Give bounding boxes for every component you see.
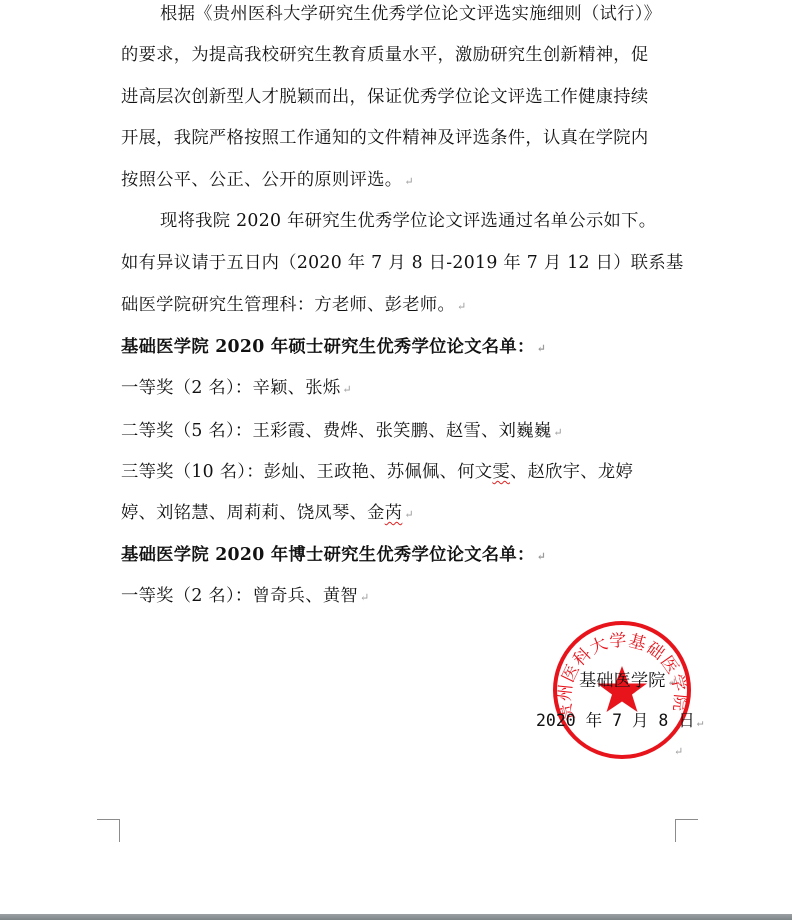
paragraph-1-line-5: 按照公平、公正、公开的原则评选。↵	[121, 168, 681, 194]
paragraph-mark-icon: ↵	[360, 591, 370, 604]
signature-date-text: 2020 年 7 月 8 日	[536, 711, 695, 730]
masters-third-prize-text-b: 、赵欣宇、龙婷	[510, 462, 633, 482]
doctoral-first-prize: 一等奖（2 名）：曾奇兵、黄智↵	[121, 584, 681, 610]
masters-first-prize: 一等奖（2 名）：辛颖、张烁↵	[121, 376, 681, 402]
signature-org-text: 基础医学院	[579, 671, 665, 691]
document-page[interactable]: 根据《贵州医科大学研究生优秀学位论文评选实施细则（试行）》 的要求，为提高我校研…	[0, 0, 792, 914]
paragraph-2-line-3: 础医学院研究生管理科：方老师、彭老师。↵	[121, 293, 681, 319]
masters-second-prize: 二等奖（5 名）：王彩霞、费烨、张笑鹏、赵雪、刘巍巍↵	[121, 419, 681, 445]
masters-third-prize-text-c: 婷、刘铭慧、周莉莉、饶凤琴、金	[121, 503, 385, 523]
doctoral-first-prize-text: 一等奖（2 名）：曾奇兵、黄智	[121, 586, 358, 606]
masters-third-prize-line-1: 三等奖（10 名）：彭灿、王政艳、苏佩佩、何文雯、赵欣宇、龙婷	[121, 460, 681, 484]
spellcheck-flagged-word[interactable]: 芮	[385, 503, 403, 523]
masters-second-prize-text: 二等奖（5 名）：王彩霞、费烨、张笑鹏、赵雪、刘巍巍	[121, 421, 551, 441]
paragraph-mark-icon: ↵	[404, 175, 414, 188]
doctoral-heading: 基础医学院 2020 年博士研究生优秀学位论文名单：↵	[121, 543, 681, 569]
empty-paragraph: ↵	[672, 740, 683, 760]
masters-third-prize-text-a: 三等奖（10 名）：彭灿、王政艳、苏佩佩、何文	[121, 462, 492, 482]
signature-date: 2020 年 7 月 8 日↵	[536, 707, 703, 731]
doctoral-heading-text: 基础医学院 2020 年博士研究生优秀学位论文名单：	[121, 545, 535, 565]
masters-heading-text: 基础医学院 2020 年硕士研究生优秀学位论文名单：	[121, 337, 535, 357]
paragraph-mark-icon: ↵	[457, 300, 467, 313]
paragraph-mark-icon: ↵	[697, 716, 704, 729]
paragraph-mark-icon: ↵	[667, 676, 676, 689]
margin-corner-mark-left	[97, 819, 120, 842]
paragraph-2-line-3-text: 础医学院研究生管理科：方老师、彭老师。	[121, 295, 455, 315]
masters-heading: 基础医学院 2020 年硕士研究生优秀学位论文名单：↵	[121, 335, 681, 361]
paragraph-mark-icon: ↵	[404, 508, 414, 521]
signature-org: 基础医学院↵	[579, 666, 677, 691]
paragraph-1-line-3: 进高层次创新型人才脱颖而出，保证优秀学位论文评选工作健康持续	[121, 85, 681, 109]
paragraph-1-line-2: 的要求，为提高我校研究生教育质量水平，激励研究生创新精神，促	[121, 43, 681, 67]
page-bottom-edge	[0, 914, 792, 920]
spellcheck-flagged-word[interactable]: 雯	[492, 462, 510, 482]
paragraph-mark-icon: ↵	[553, 426, 563, 439]
masters-first-prize-text: 一等奖（2 名）：辛颖、张烁	[121, 378, 340, 398]
paragraph-1-line-1: 根据《贵州医科大学研究生优秀学位论文评选实施细则（试行）》	[160, 2, 720, 26]
paragraph-2-line-1: 现将我院 2020 年研究生优秀学位论文评选通过名单公示如下。	[160, 209, 720, 233]
paragraph-2-line-2: 如有异议请于五日内（2020 年 7 月 8 日-2019 年 7 月 12 日…	[121, 251, 681, 275]
paragraph-1-line-5-text: 按照公平、公正、公开的原则评选。	[121, 170, 402, 190]
masters-third-prize-line-2: 婷、刘铭慧、周莉莉、饶凤琴、金芮↵	[121, 501, 681, 527]
paragraph-1-line-4: 开展，我院严格按照工作通知的文件精神及评选条件，认真在学院内	[121, 126, 681, 150]
margin-corner-mark-right	[675, 819, 698, 842]
paragraph-mark-icon: ↵	[537, 342, 547, 355]
paragraph-mark-icon: ↵	[342, 383, 352, 396]
paragraph-mark-icon: ↵	[537, 550, 547, 563]
paragraph-mark-icon: ↵	[674, 745, 683, 758]
